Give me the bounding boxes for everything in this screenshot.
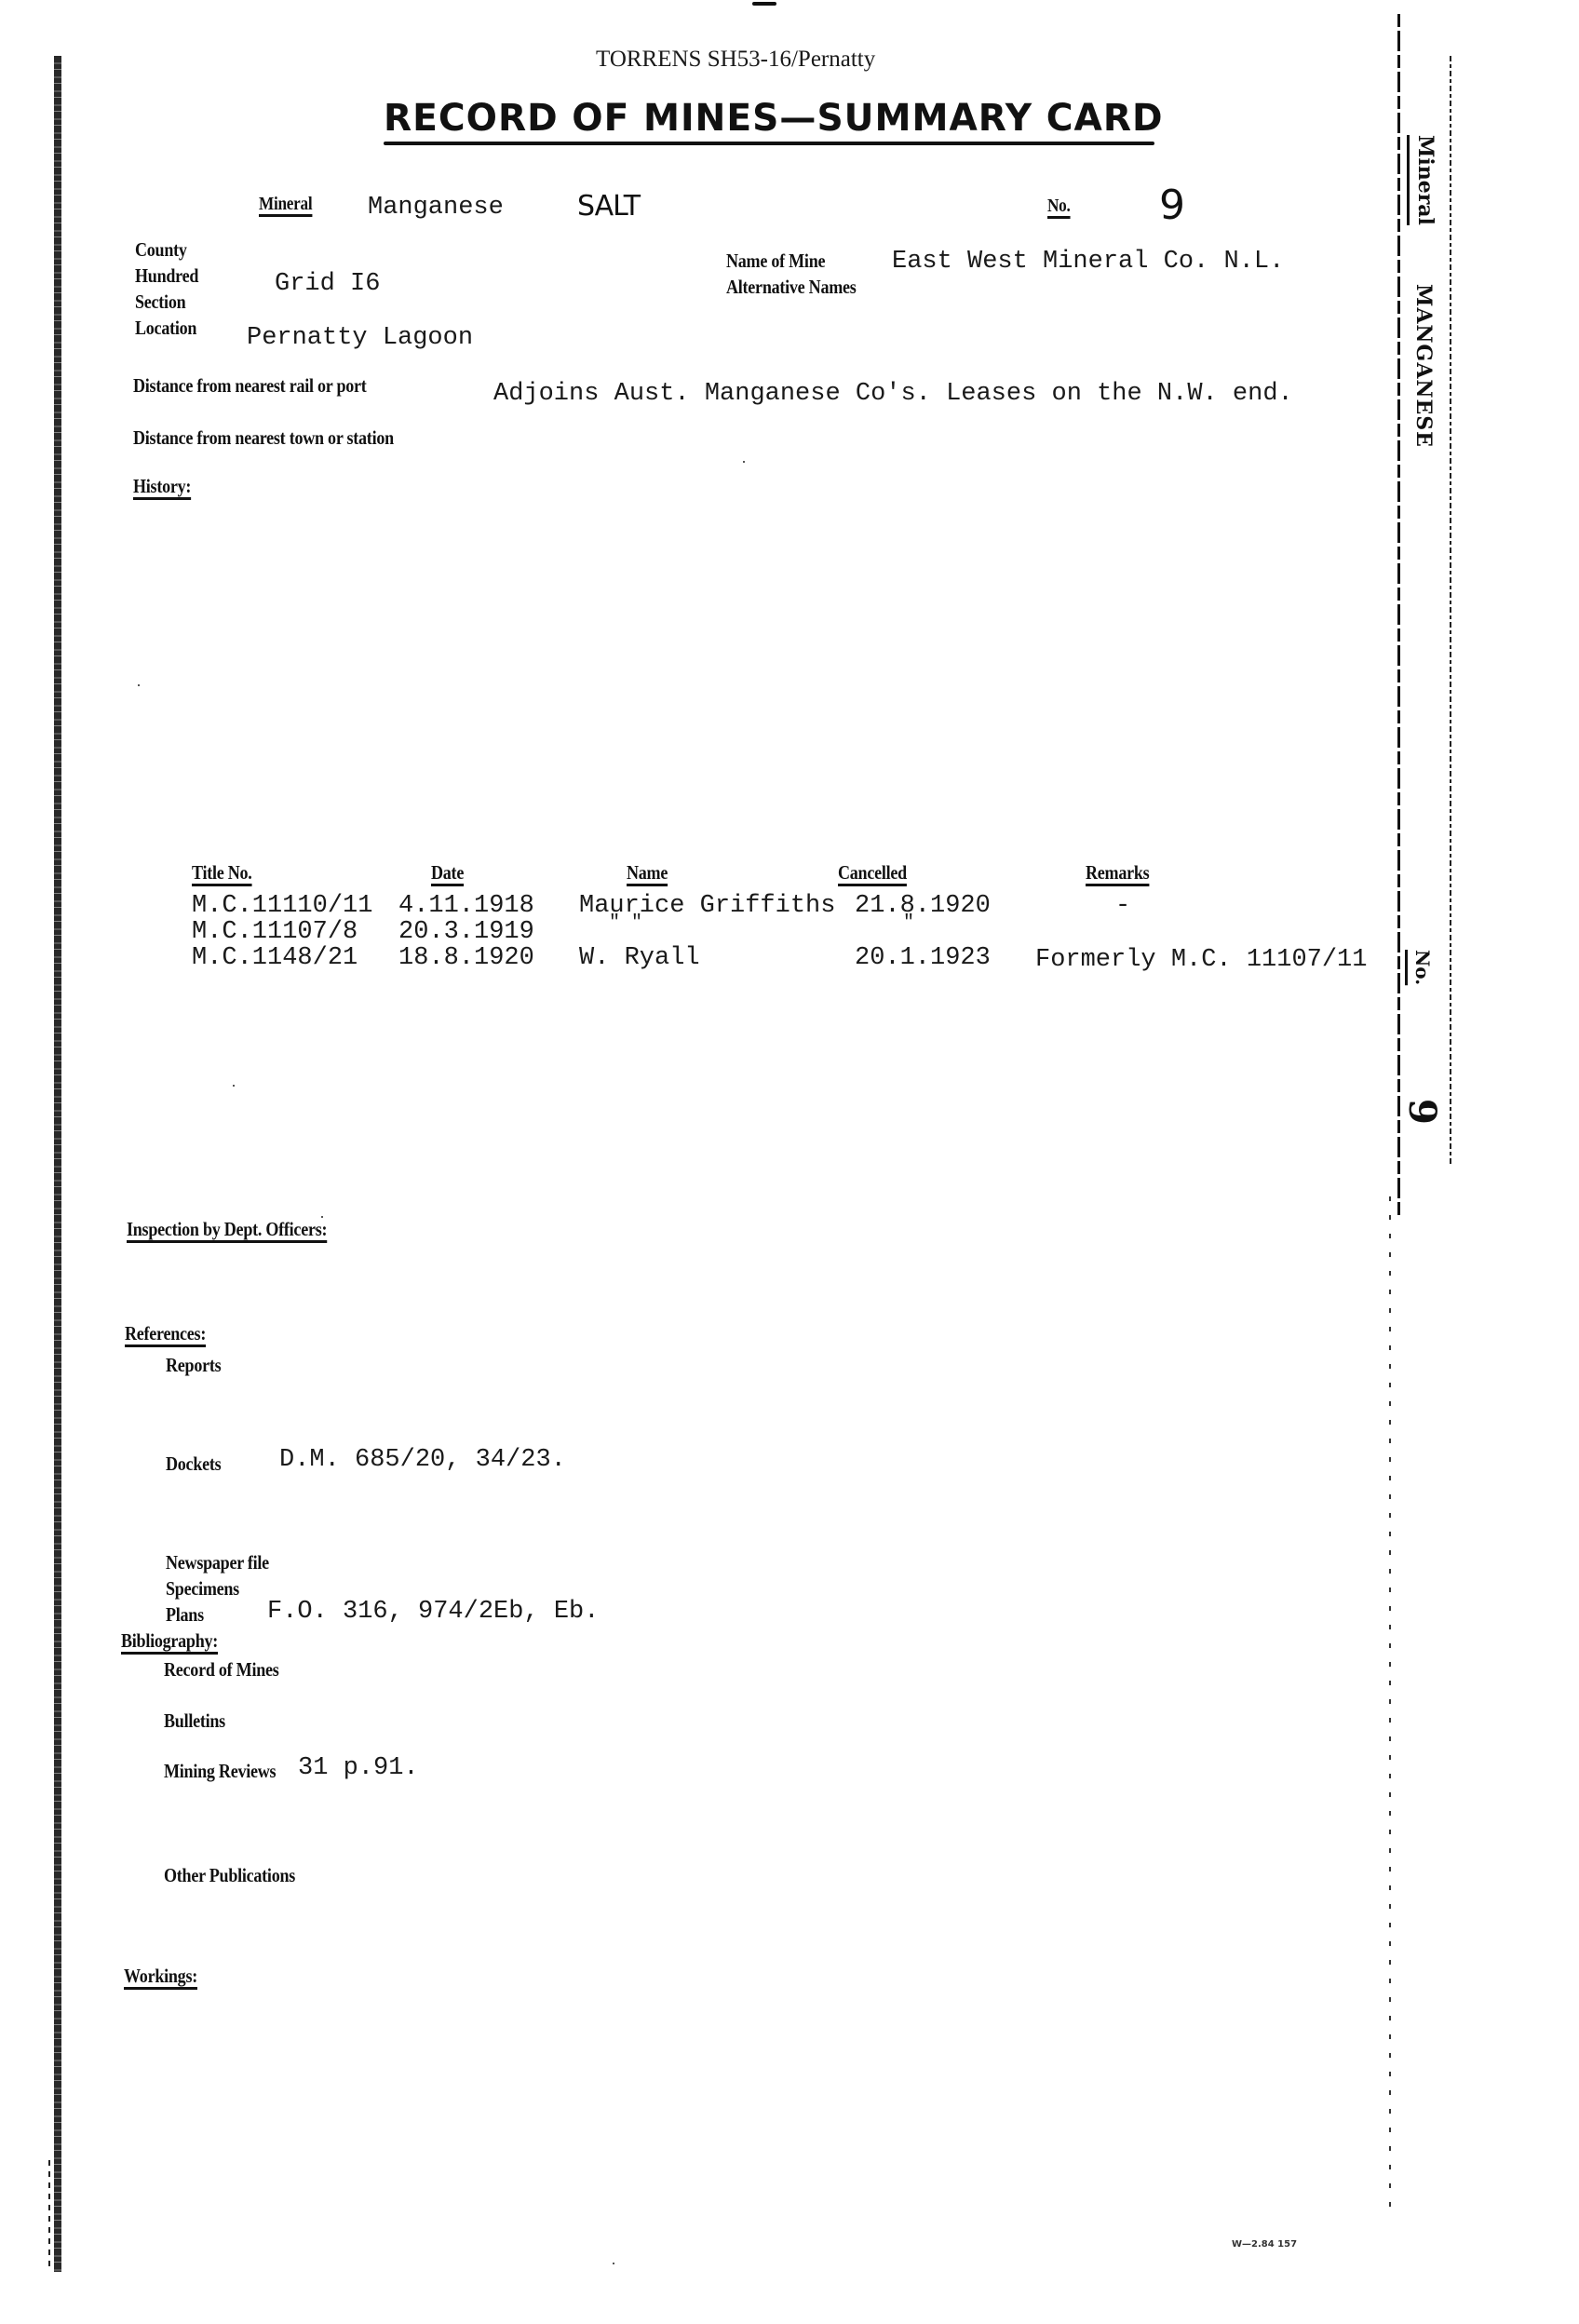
side-tab-divider-left xyxy=(1397,14,1400,1215)
title-underline xyxy=(384,142,1154,145)
cell-date: 18.8.1920 xyxy=(398,944,534,972)
cell-cancelled: 21.8.1920 xyxy=(855,892,991,920)
side-tab-mineral-label: Mineral xyxy=(1413,135,1437,225)
cell-title-no: M.C.11107/8 xyxy=(192,918,358,946)
cell-remarks: - xyxy=(1115,892,1130,920)
side-tab-mineral-value: MANGANESE xyxy=(1411,284,1436,448)
card-left-edge-faint xyxy=(48,2160,50,2272)
scan-speck xyxy=(233,1085,235,1087)
alternative-names-label: Alternative Names xyxy=(726,276,857,299)
side-tab-no-label: No. xyxy=(1411,950,1434,985)
hundred-label: Hundred xyxy=(135,264,198,288)
mine-name-value: East West Mineral Co. N.L. xyxy=(892,248,1284,276)
side-tab-divider-right xyxy=(1450,56,1451,1164)
scan-speck xyxy=(613,2263,614,2264)
mining-reviews-value: 31 p.91. xyxy=(298,1754,419,1782)
cell-date: 20.3.1919 xyxy=(398,918,534,946)
scan-top-mark xyxy=(752,2,776,6)
card-title: RECORD OF MINES—SUMMARY CARD xyxy=(384,97,1164,140)
side-tab-no-value: 9 xyxy=(1400,1099,1444,1125)
dockets-label: Dockets xyxy=(166,1452,221,1476)
workings-heading: Workings: xyxy=(124,1965,197,1988)
location-value: Pernatty Lagoon xyxy=(247,324,473,352)
cell-cancelled: 20.1.1923 xyxy=(855,944,991,972)
mineral-label: Mineral xyxy=(259,194,312,215)
hundred-value: Grid I6 xyxy=(275,270,380,298)
cell-cancelled-ditto: " xyxy=(903,912,914,934)
inspection-heading: Inspection by Dept. Officers: xyxy=(127,1218,327,1241)
distance-rail-value: Adjoins Aust. Manganese Co's. Leases on … xyxy=(493,380,1293,408)
scan-speck xyxy=(321,1216,323,1218)
plans-label: Plans xyxy=(166,1603,204,1627)
bulletins-label: Bulletins xyxy=(164,1709,225,1733)
card-left-edge xyxy=(54,56,61,2272)
history-heading: History: xyxy=(133,475,191,498)
record-of-mines-label: Record of Mines xyxy=(164,1658,279,1682)
scan-speck xyxy=(743,461,745,463)
distance-rail-label: Distance from nearest rail or port xyxy=(133,374,367,398)
plans-value: F.O. 316, 974/2Eb, Eb. xyxy=(267,1598,599,1626)
bibliography-heading: Bibliography: xyxy=(121,1629,218,1653)
column-header-remarks: Remarks xyxy=(1086,861,1149,885)
cell-name: W. Ryall xyxy=(579,944,700,972)
card-reference: TORRENS SH53-16/Pernatty xyxy=(596,47,875,73)
specimens-label: Specimens xyxy=(166,1577,239,1601)
print-code: W—2.84 157 xyxy=(1232,2239,1297,2250)
column-header-date: Date xyxy=(431,861,464,885)
handwritten-salt-note: SALT xyxy=(577,190,640,223)
number-label: No. xyxy=(1047,196,1071,217)
references-heading: References: xyxy=(125,1322,206,1345)
column-header-name: Name xyxy=(627,861,668,885)
column-header-cancelled: Cancelled xyxy=(838,861,907,885)
column-header-title-no: Title No. xyxy=(192,861,252,885)
dockets-value: D.M. 685/20, 34/23. xyxy=(279,1446,566,1474)
county-label: County xyxy=(135,238,187,262)
cell-name-ditto: " " xyxy=(609,912,642,934)
cell-title-no: M.C.1148/21 xyxy=(192,944,358,972)
distance-town-label: Distance from nearest town or station xyxy=(133,426,394,450)
scan-speck xyxy=(138,684,140,686)
newspaper-file-label: Newspaper file xyxy=(166,1551,269,1574)
mineral-value: Manganese xyxy=(368,194,504,222)
reports-label: Reports xyxy=(166,1354,221,1377)
section-label: Section xyxy=(135,290,185,314)
location-label: Location xyxy=(135,317,196,340)
mine-name-label: Name of Mine xyxy=(726,250,825,273)
number-value: 9 xyxy=(1159,182,1185,229)
other-publications-label: Other Publications xyxy=(164,1864,295,1887)
cell-date: 4.11.1918 xyxy=(398,892,534,920)
cell-remarks: Formerly M.C. 11107/11 xyxy=(1035,946,1367,974)
cell-title-no: M.C.11110/11 xyxy=(192,892,372,920)
side-tab-divider-lower xyxy=(1389,1196,1391,2221)
mining-reviews-label: Mining Reviews xyxy=(164,1760,276,1783)
